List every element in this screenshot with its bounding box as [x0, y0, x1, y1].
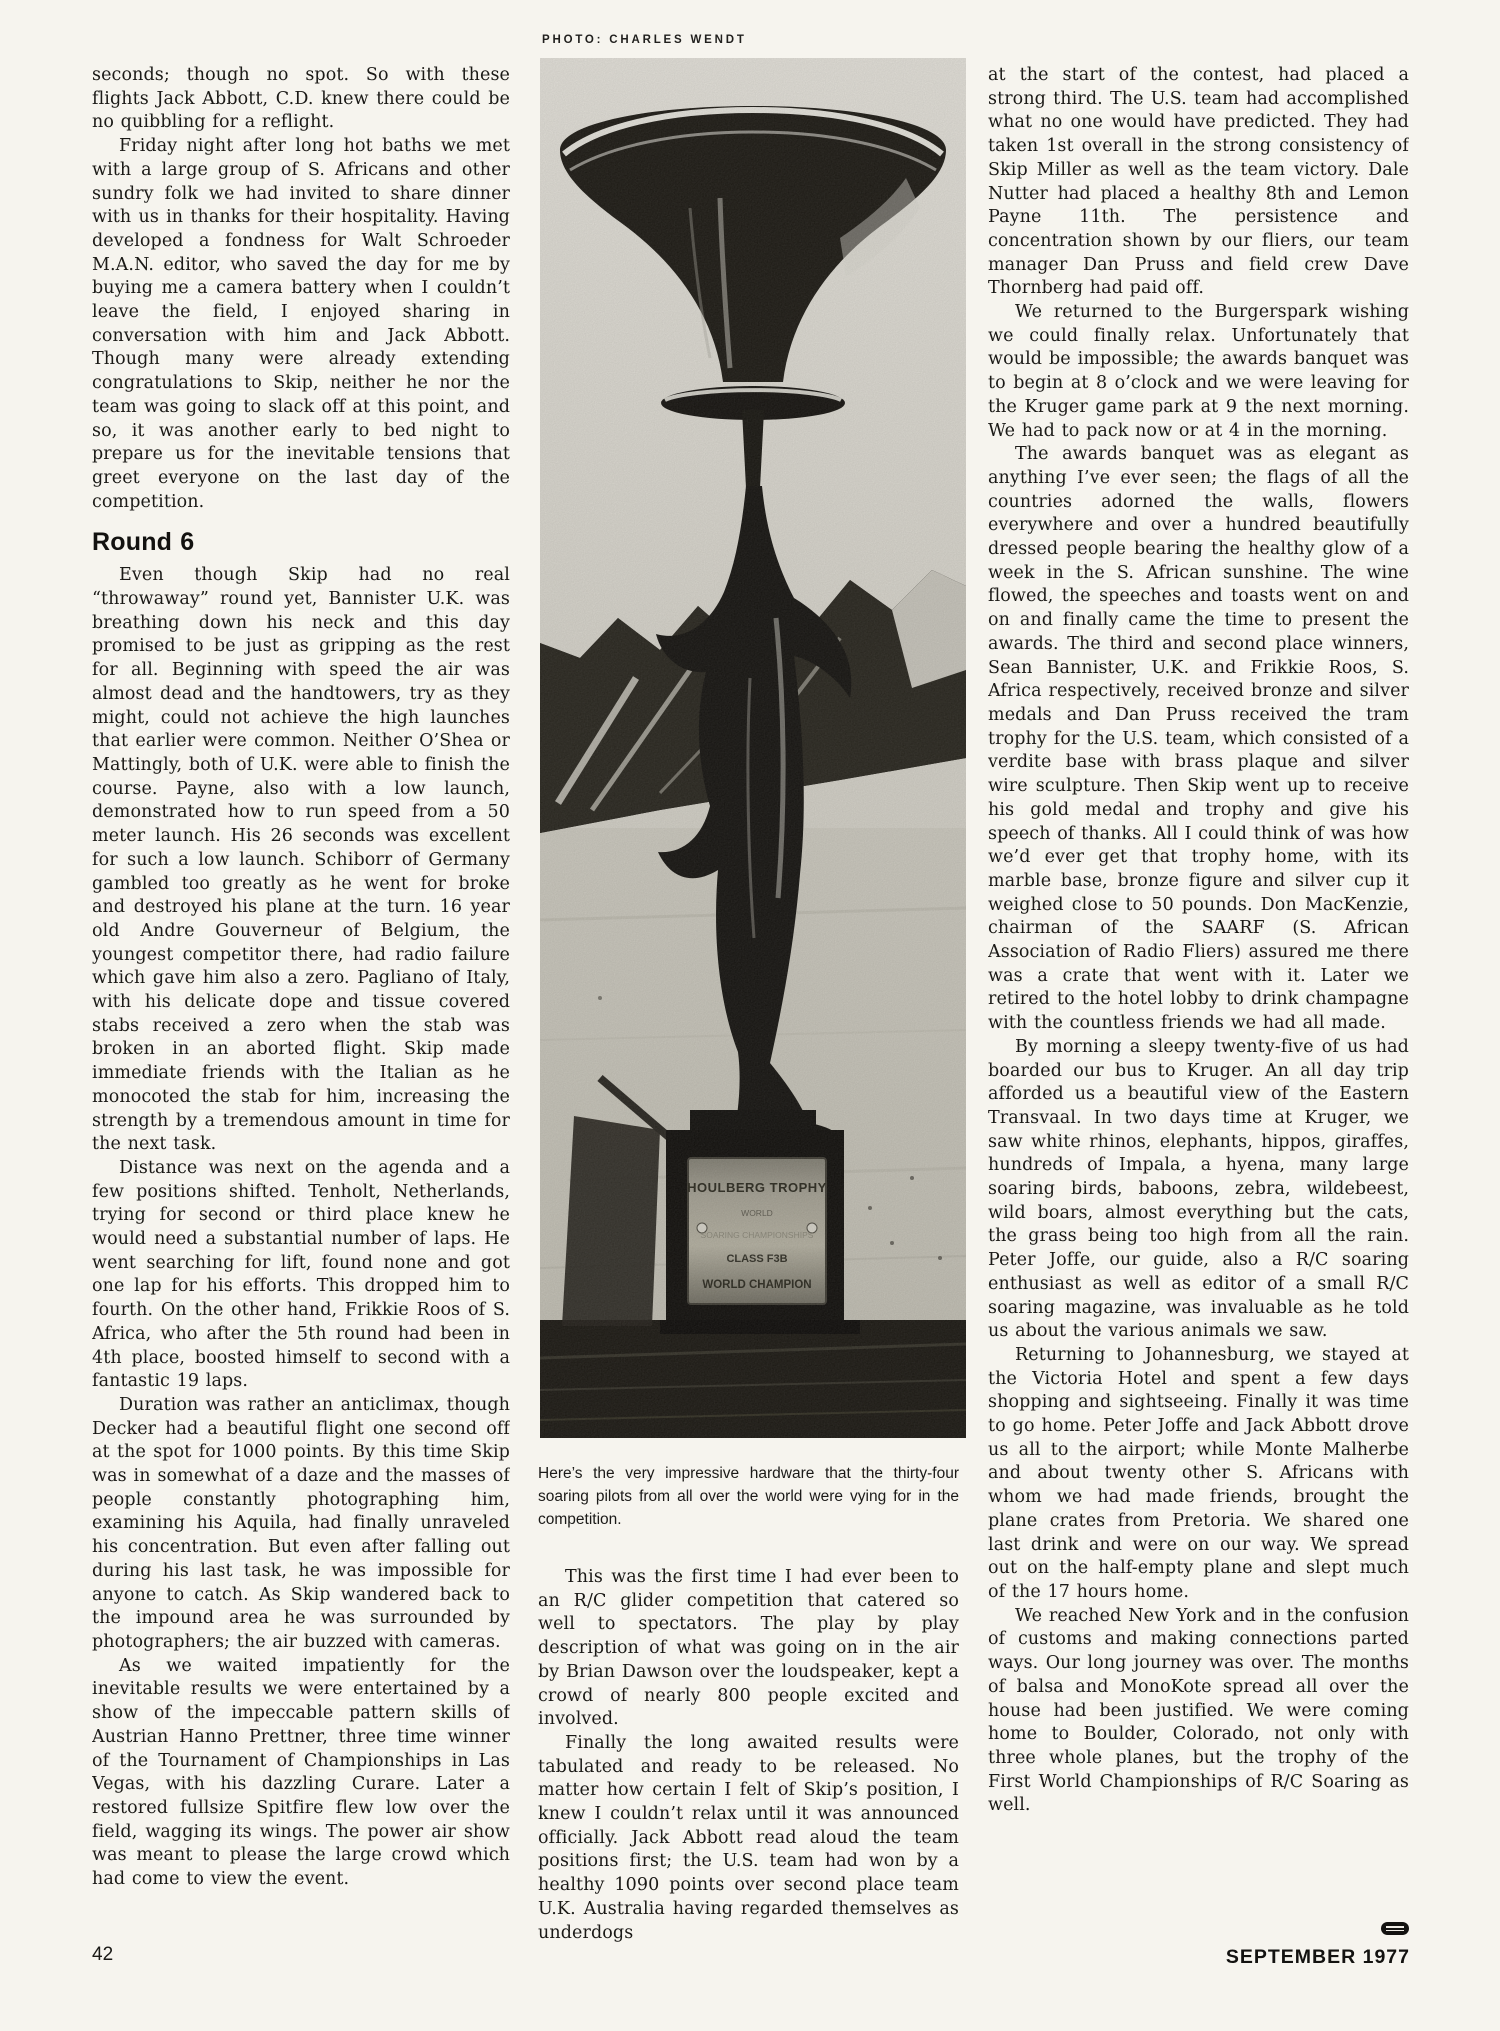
- body-paragraph: Duration was rather an anticlimax, thoug…: [92, 1394, 510, 1655]
- body-paragraph: Even though Skip had no real “throwaway”…: [92, 564, 510, 1157]
- section-heading: Round 6: [92, 528, 510, 556]
- body-paragraph: Distance was next on the agenda and a fe…: [92, 1157, 510, 1394]
- end-of-article-mark: [1381, 1922, 1409, 1935]
- left-column: seconds; though no spot. So with these f…: [92, 64, 510, 1946]
- issue-date: SEPTEMBER 1977: [1226, 1946, 1410, 1969]
- photo-caption: Here’s the very impressive hardware that…: [538, 1462, 959, 1531]
- right-column: at the start of the contest, had placed …: [988, 64, 1409, 1946]
- body-paragraph: at the start of the contest, had placed …: [988, 64, 1409, 301]
- body-paragraph: As we waited impatiently for the inevita…: [92, 1655, 510, 1892]
- body-paragraph: By morning a sleepy twenty-five of us ha…: [988, 1036, 1409, 1344]
- body-paragraph: Finally the long awaited results were ta…: [538, 1732, 959, 1945]
- photo-credit: PHOTO: CHARLES WENDT: [542, 34, 747, 46]
- trophy-photo-illustration: HOULBERG TROPHY WORLD SOARING CHAMPIONSH…: [540, 58, 966, 1438]
- magazine-page: PHOTO: CHARLES WENDT seconds; though no …: [0, 0, 1500, 2031]
- body-paragraph: We returned to the Burgerspark wishing w…: [988, 301, 1409, 443]
- body-paragraph: seconds; though no spot. So with these f…: [92, 64, 510, 135]
- middle-column: This was the first time I had ever been …: [538, 1566, 959, 1948]
- trophy-photo: HOULBERG TROPHY WORLD SOARING CHAMPIONSH…: [540, 58, 966, 1438]
- page-number: 42: [92, 1944, 113, 1966]
- body-paragraph: Friday night after long hot baths we met…: [92, 135, 510, 514]
- body-paragraph: We reached New York and in the confusion…: [988, 1605, 1409, 1818]
- photo-grain-light: [540, 58, 966, 1438]
- body-paragraph: This was the first time I had ever been …: [538, 1566, 959, 1732]
- body-paragraph: The awards banquet was as elegant as any…: [988, 443, 1409, 1036]
- body-paragraph: Returning to Johannesburg, we stayed at …: [988, 1344, 1409, 1605]
